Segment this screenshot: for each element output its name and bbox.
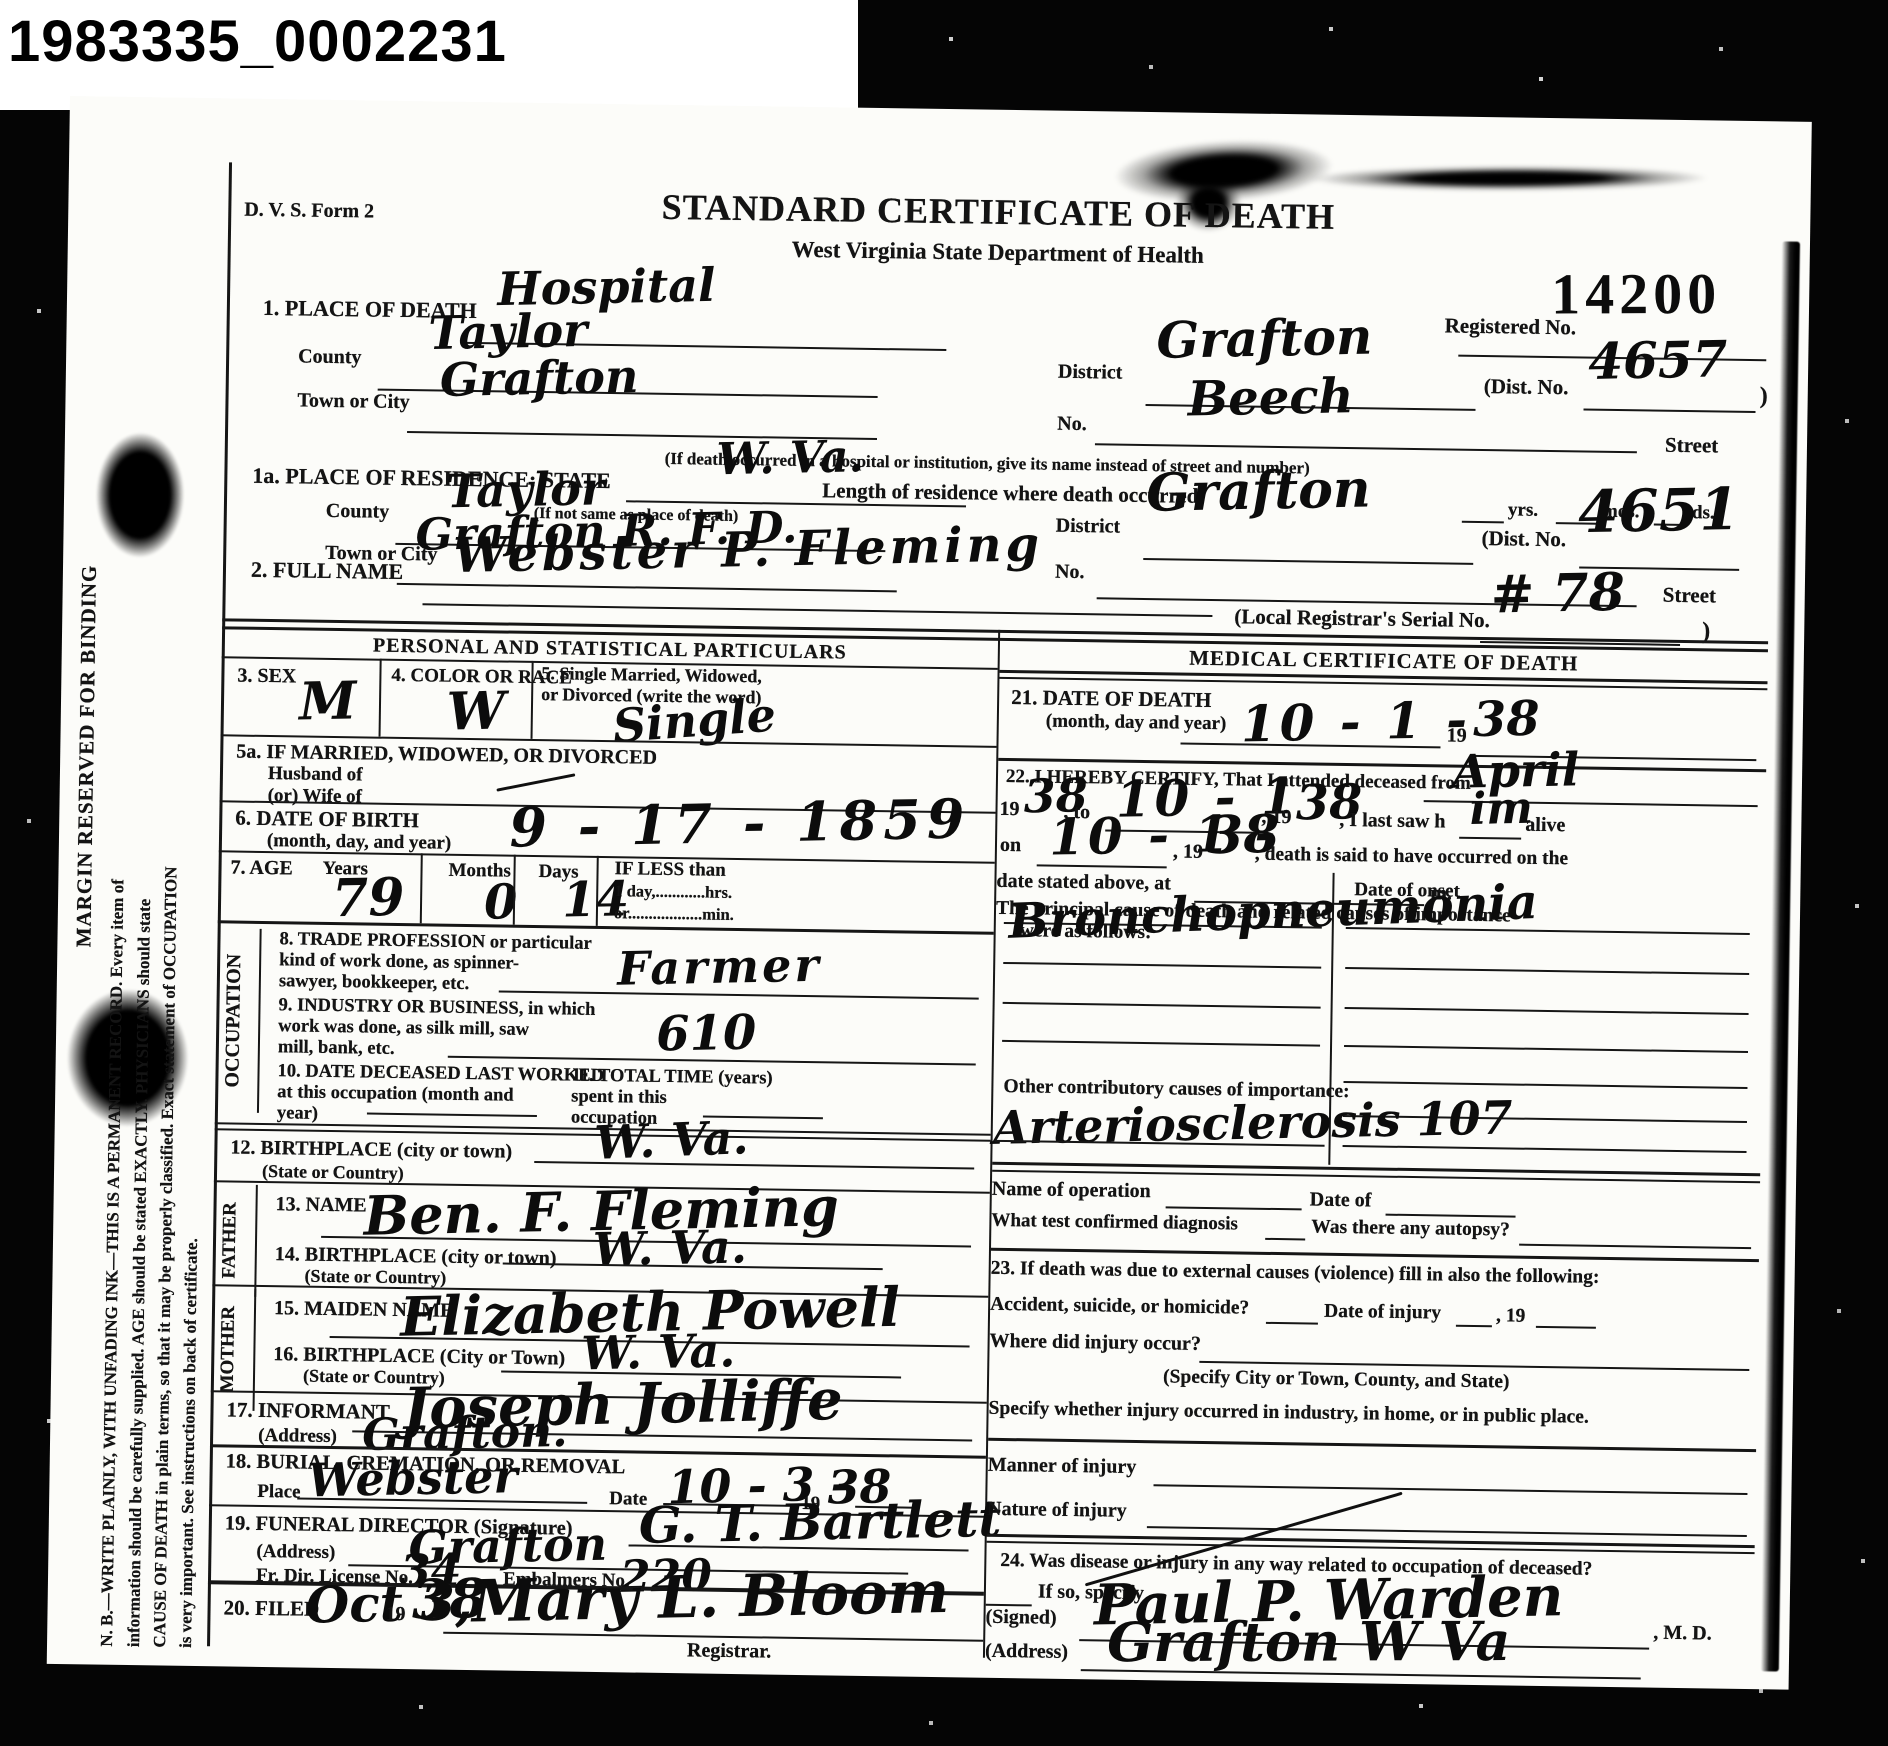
rule-line: [1037, 864, 1167, 868]
rule-line: [1095, 443, 1637, 453]
specify-where-label: Specify whether injury occurred in indus…: [988, 1398, 1588, 1429]
rule-line: [1456, 1325, 1492, 1328]
rule-line: [1266, 1322, 1318, 1325]
item5a-strike-mark: [496, 773, 575, 791]
rule-line: [1343, 1081, 1747, 1089]
residence-street-label: Street: [1663, 584, 1717, 609]
date-of-birth-label: 6. DATE OF BIRTH: [235, 807, 419, 834]
rule-line: [1166, 1206, 1302, 1210]
street-no-label: No.: [1057, 413, 1087, 436]
full-name-label: 2. FULL NAME: [251, 557, 404, 584]
residence-district-label: District: [1056, 515, 1121, 539]
form-number: D. V. S. Form 2: [244, 199, 374, 224]
side-label-rule: [254, 1185, 258, 1297]
certificate-sheet: MARGIN RESERVED FOR BINDING N. B.—WRITE …: [47, 96, 1812, 1690]
residence-dist-no-value: 4651: [1577, 480, 1740, 541]
page-edge-shadow: [1761, 241, 1800, 1671]
age-label: 7. AGE: [230, 856, 293, 880]
district-value: Grafton: [1156, 312, 1373, 366]
occupation-side-label: OCCUPATION: [221, 932, 247, 1108]
burial-place-label: Place: [257, 1481, 301, 1503]
injury-19-label: , 19: [1496, 1305, 1526, 1328]
rule-line: [1584, 408, 1756, 413]
date-of-death-year-value: 38: [1472, 695, 1540, 744]
item5a-wife-label: (or) Wife of: [267, 785, 362, 808]
scan-id-label: 1983335_0002231: [0, 0, 858, 75]
age-if-less-hrs-label: 1 day,............hrs.: [614, 882, 732, 903]
town-or-city-label: Town or City: [297, 389, 410, 413]
certify-saw-label: , I last saw h: [1339, 809, 1445, 833]
rule-line: [1459, 837, 1521, 840]
where-injury-label: Where did injury occur?: [989, 1330, 1201, 1356]
manner-of-injury-label: Manner of injury: [988, 1454, 1137, 1479]
cell-divider-rule: [531, 661, 534, 739]
specify-city-label: (Specify City or Town, County, and State…: [1163, 1366, 1510, 1393]
serial-no-label: (Local Registrar's Serial No.: [1234, 605, 1490, 633]
rule-line: [1345, 1007, 1749, 1015]
operation-label: Name of operation: [992, 1178, 1151, 1203]
full-name-value: Webster P. Fleming: [453, 520, 1044, 580]
age-if-less-min-label: or..................min.: [614, 904, 734, 925]
last-worked-label: 10. DATE DECEASED LAST WORKED at this oc…: [277, 1061, 604, 1129]
registered-no-stamp: 14200: [1551, 265, 1721, 323]
scanned-death-certificate-page: 1983335_0002231 MARGIN RESERVED FOR BIND…: [0, 0, 1888, 1746]
race-value: W: [446, 686, 505, 739]
birthplace-sub-label: (State or Country): [262, 1161, 404, 1184]
birthplace-label: 12. BIRTHPLACE (city or town): [230, 1136, 512, 1163]
nature-of-injury-label: Nature of injury: [987, 1498, 1127, 1523]
county-value: Taylor: [428, 307, 588, 356]
external-causes-label: 23. If death was due to external causes …: [991, 1258, 1600, 1289]
certificate-title: STANDARD CERTIFICATE OF DEATH: [488, 184, 1508, 240]
saw-him-value: im: [1469, 787, 1533, 832]
date-of-death-sub-label: (month, day and year): [1046, 711, 1227, 735]
sex-value: M: [299, 675, 358, 728]
test-label: What test confirmed diagnosis: [991, 1210, 1238, 1235]
certify-on-label: on: [1000, 834, 1021, 857]
yrs-label: yrs.: [1508, 499, 1538, 521]
rule-line: [1265, 1238, 1305, 1241]
rule-line: [992, 1162, 1760, 1176]
residence-district-value: Grafton: [1146, 463, 1371, 519]
certify-occurred-label: , death is said to have occurred on the: [1255, 844, 1569, 871]
dist-no-label: (Dist. No.: [1484, 375, 1569, 400]
father-name-label: 13. NAME: [275, 1193, 366, 1217]
rule-line: [988, 1438, 1756, 1452]
sex-label: 3. SEX: [237, 665, 296, 689]
industry-label: 9. INDUSTRY OR BUSINESS, in which work w…: [278, 995, 596, 1063]
funeral-director-value: G. T. Bartlett: [638, 1494, 1001, 1551]
rule-line: [422, 603, 1212, 617]
rule-line: [397, 583, 897, 592]
registrar-label: Registrar.: [687, 1639, 772, 1663]
industry-value: 610: [656, 1009, 757, 1059]
date-of-death-value: 10 - 1 -: [1240, 695, 1471, 750]
age-years-value: 79: [332, 872, 405, 925]
funeral-director-address-label: (Address): [256, 1541, 335, 1564]
street-label: Street: [1665, 434, 1719, 459]
rule-line: [1143, 558, 1473, 565]
autopsy-label: Was there any autopsy?: [1311, 1217, 1510, 1242]
side-label-rule: [257, 929, 262, 1113]
rule-line: [1002, 1040, 1320, 1047]
street-no-value: Beech: [1187, 372, 1354, 423]
birthplace-value: W. Va.: [594, 1114, 749, 1166]
rule-line: [1462, 521, 1504, 524]
scan-id-strip: 1983335_0002231: [0, 0, 858, 110]
trade-profession-label: 8. TRADE PROFESSION or particular kind o…: [279, 929, 592, 997]
serial-no-value: # 78: [1490, 567, 1625, 622]
signed-label: (Signed): [985, 1606, 1056, 1630]
cell-divider-rule: [420, 853, 423, 923]
filed-year-prefix: 19: [385, 1603, 405, 1626]
item5a-husband-label: Husband of: [268, 763, 363, 786]
accident-label: Accident, suicide, or homicide?: [990, 1294, 1249, 1320]
residence-county-label: County: [326, 500, 390, 524]
cell-divider-rule: [379, 659, 382, 737]
address-value: Grafton W Va: [1107, 1614, 1510, 1669]
date-of-death-label: 21. DATE OF DEATH: [1011, 686, 1212, 713]
rule-line: [1003, 1002, 1321, 1009]
tear-smudge-icon: [1299, 165, 1719, 192]
father-side-label: FATHER: [218, 1186, 242, 1294]
md-label: , M. D.: [1653, 1622, 1712, 1646]
county-label: County: [298, 345, 362, 369]
rule-line: [1153, 1484, 1747, 1495]
trade-profession-value: Farmer: [617, 942, 822, 992]
rule-line: [1345, 967, 1749, 975]
address-label: (Address): [985, 1640, 1068, 1664]
town-or-city-value: Grafton: [439, 353, 638, 403]
residence-no-label: No.: [1055, 561, 1085, 584]
rule-line: [1536, 1326, 1596, 1329]
burial-place-value: Webster: [307, 1453, 518, 1503]
rule-line: [1519, 1244, 1751, 1249]
age-if-less-label: IF LESS than: [614, 858, 726, 881]
certify-19c-label: , 19: [1173, 840, 1203, 863]
rule-line: [1147, 1526, 1747, 1537]
certify-19a-label: 19: [999, 798, 1019, 821]
certify-alive-label: alive: [1525, 814, 1565, 837]
district-label: District: [1058, 361, 1123, 385]
rule-line: [1344, 1045, 1748, 1053]
residence-state-value: W. Va.: [716, 435, 864, 482]
dist-no-value: 4657: [1588, 334, 1728, 387]
date-of-birth-value: 9 - 17 - 1859: [509, 791, 971, 854]
dist-no-close-paren: ): [1760, 383, 1768, 410]
injury-date-label: Date of injury: [1324, 1301, 1441, 1325]
registrar-signature-value: Mary L. Bloom: [471, 1563, 949, 1631]
operation-date-label: Date of: [1310, 1189, 1372, 1213]
residence-dist-no-label: (Dist. No.: [1481, 527, 1566, 552]
rule-line: [1003, 962, 1321, 969]
